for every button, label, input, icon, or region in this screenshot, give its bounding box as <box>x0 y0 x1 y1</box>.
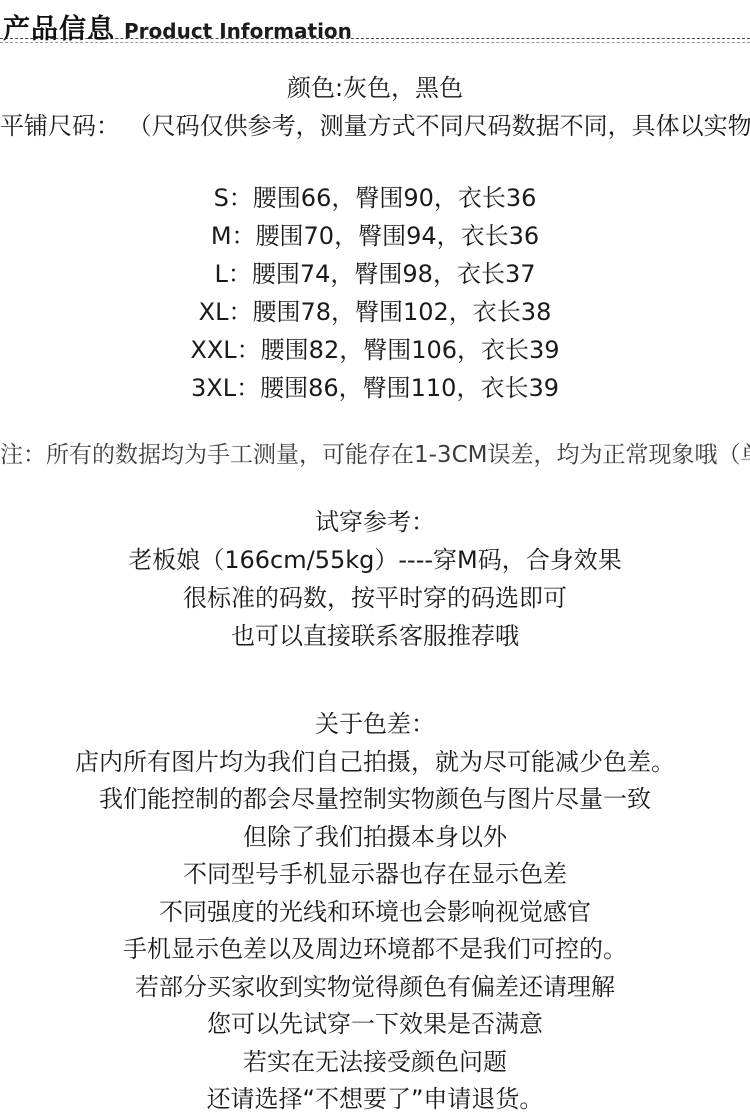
color-diff-line-5: 不同强度的光线和环境也会影响视觉感官 <box>0 894 750 932</box>
color-diff-line-3: 但除了我们拍摄本身以外 <box>0 819 750 857</box>
size-row-s: S：腰围66，臀围90，衣长36 <box>0 179 750 217</box>
size-row-l: L：腰围74，臀围98，衣长37 <box>0 255 750 293</box>
size-chart-section: S：腰围66，臀围90，衣长36 M：腰围70，臀围94，衣长36 L：腰围74… <box>0 179 750 407</box>
size-row-3xl: 3XL：腰围86，臀围110，衣长39 <box>0 369 750 407</box>
size-row-m: M：腰围70，臀围94，衣长36 <box>0 217 750 255</box>
page-title-english: Product Information <box>124 19 352 43</box>
page-title-chinese: 产品信息 <box>3 7 115 46</box>
color-diff-line-6: 手机显示色差以及周边环境都不是我们可控的。 <box>0 931 750 969</box>
fitting-line-1: 老板娘（166cm/55kg）----穿M码，合身效果 <box>0 541 750 579</box>
color-diff-line-9: 若实在无法接受颜色问题 <box>0 1044 750 1082</box>
fitting-line-3: 也可以直接联系客服推荐哦 <box>0 617 750 655</box>
section-header: 产品信息 Product Information <box>0 0 750 38</box>
product-intro-section: 颜色:灰色，黑色 平铺尺码： （尺码仅供参考，测量方式不同尺码数据不同，具体以实… <box>0 69 750 145</box>
color-diff-line-10: 还请选择“不想要了”申请退货。 <box>0 1081 750 1113</box>
measurement-note: 注：所有的数据均为手工测量，可能存在1-3CM误差，均为正常现象哦（单位：CM） <box>0 436 750 474</box>
color-diff-line-7: 若部分买家收到实物觉得颜色有偏差还请理解 <box>0 969 750 1007</box>
color-diff-line-2: 我们能控制的都会尽量控制实物颜色与图片尽量一致 <box>0 781 750 819</box>
fitting-reference-section: 试穿参考： 老板娘（166cm/55kg）----穿M码，合身效果 很标准的码数… <box>0 503 750 655</box>
color-difference-section: 关于色差： 店内所有图片均为我们自己拍摄，就为尽可能减少色差。 我们能控制的都会… <box>0 706 750 1113</box>
color-diff-title: 关于色差： <box>0 706 750 744</box>
color-diff-line-4: 不同型号手机显示器也存在显示色差 <box>0 856 750 894</box>
color-options-line: 颜色:灰色，黑色 <box>0 69 750 107</box>
fitting-line-2: 很标准的码数，按平时穿的码选即可 <box>0 579 750 617</box>
size-row-xl: XL：腰围78，臀围102，衣长38 <box>0 293 750 331</box>
fitting-title: 试穿参考： <box>0 503 750 541</box>
color-diff-line-8: 您可以先试穿一下效果是否满意 <box>0 1006 750 1044</box>
size-disclaimer-line: 平铺尺码： （尺码仅供参考，测量方式不同尺码数据不同，具体以实物为准） <box>0 107 750 145</box>
measurement-note-section: 注：所有的数据均为手工测量，可能存在1-3CM误差，均为正常现象哦（单位：CM） <box>0 436 750 474</box>
size-row-xxl: XXL：腰围82，臀围106，衣长39 <box>0 331 750 369</box>
color-diff-line-1: 店内所有图片均为我们自己拍摄，就为尽可能减少色差。 <box>0 744 750 782</box>
